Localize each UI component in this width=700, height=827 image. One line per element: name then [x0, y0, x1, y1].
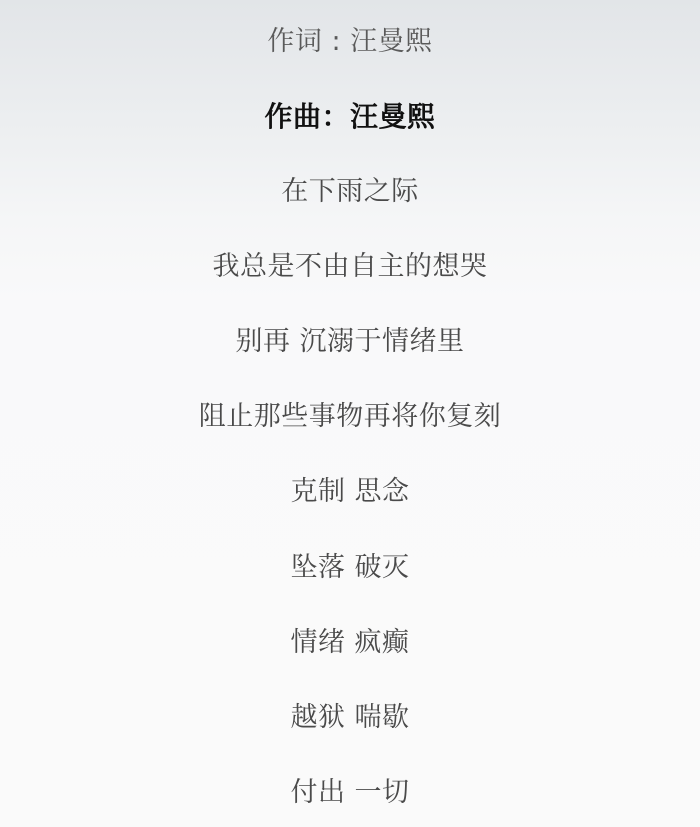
lyric-line: 我总是不由自主的想哭	[0, 247, 700, 287]
lyric-line: 阻止那些事物再将你复刻	[0, 397, 700, 437]
lyric-line: 越狱 喘歇	[0, 698, 700, 738]
lyric-line: 在下雨之际	[0, 172, 700, 212]
lyric-line: 情绪 疯癫	[0, 623, 700, 663]
composer-credit: 作曲：汪曼熙	[0, 97, 700, 137]
lyricist-credit: 作词 : 汪曼熙	[0, 22, 700, 62]
lyric-line: 付出 一切	[0, 773, 700, 813]
lyric-line: 坠落 破灭	[0, 548, 700, 588]
lyric-line: 别再 沉溺于情绪里	[0, 322, 700, 362]
lyric-line: 克制 思念	[0, 472, 700, 512]
